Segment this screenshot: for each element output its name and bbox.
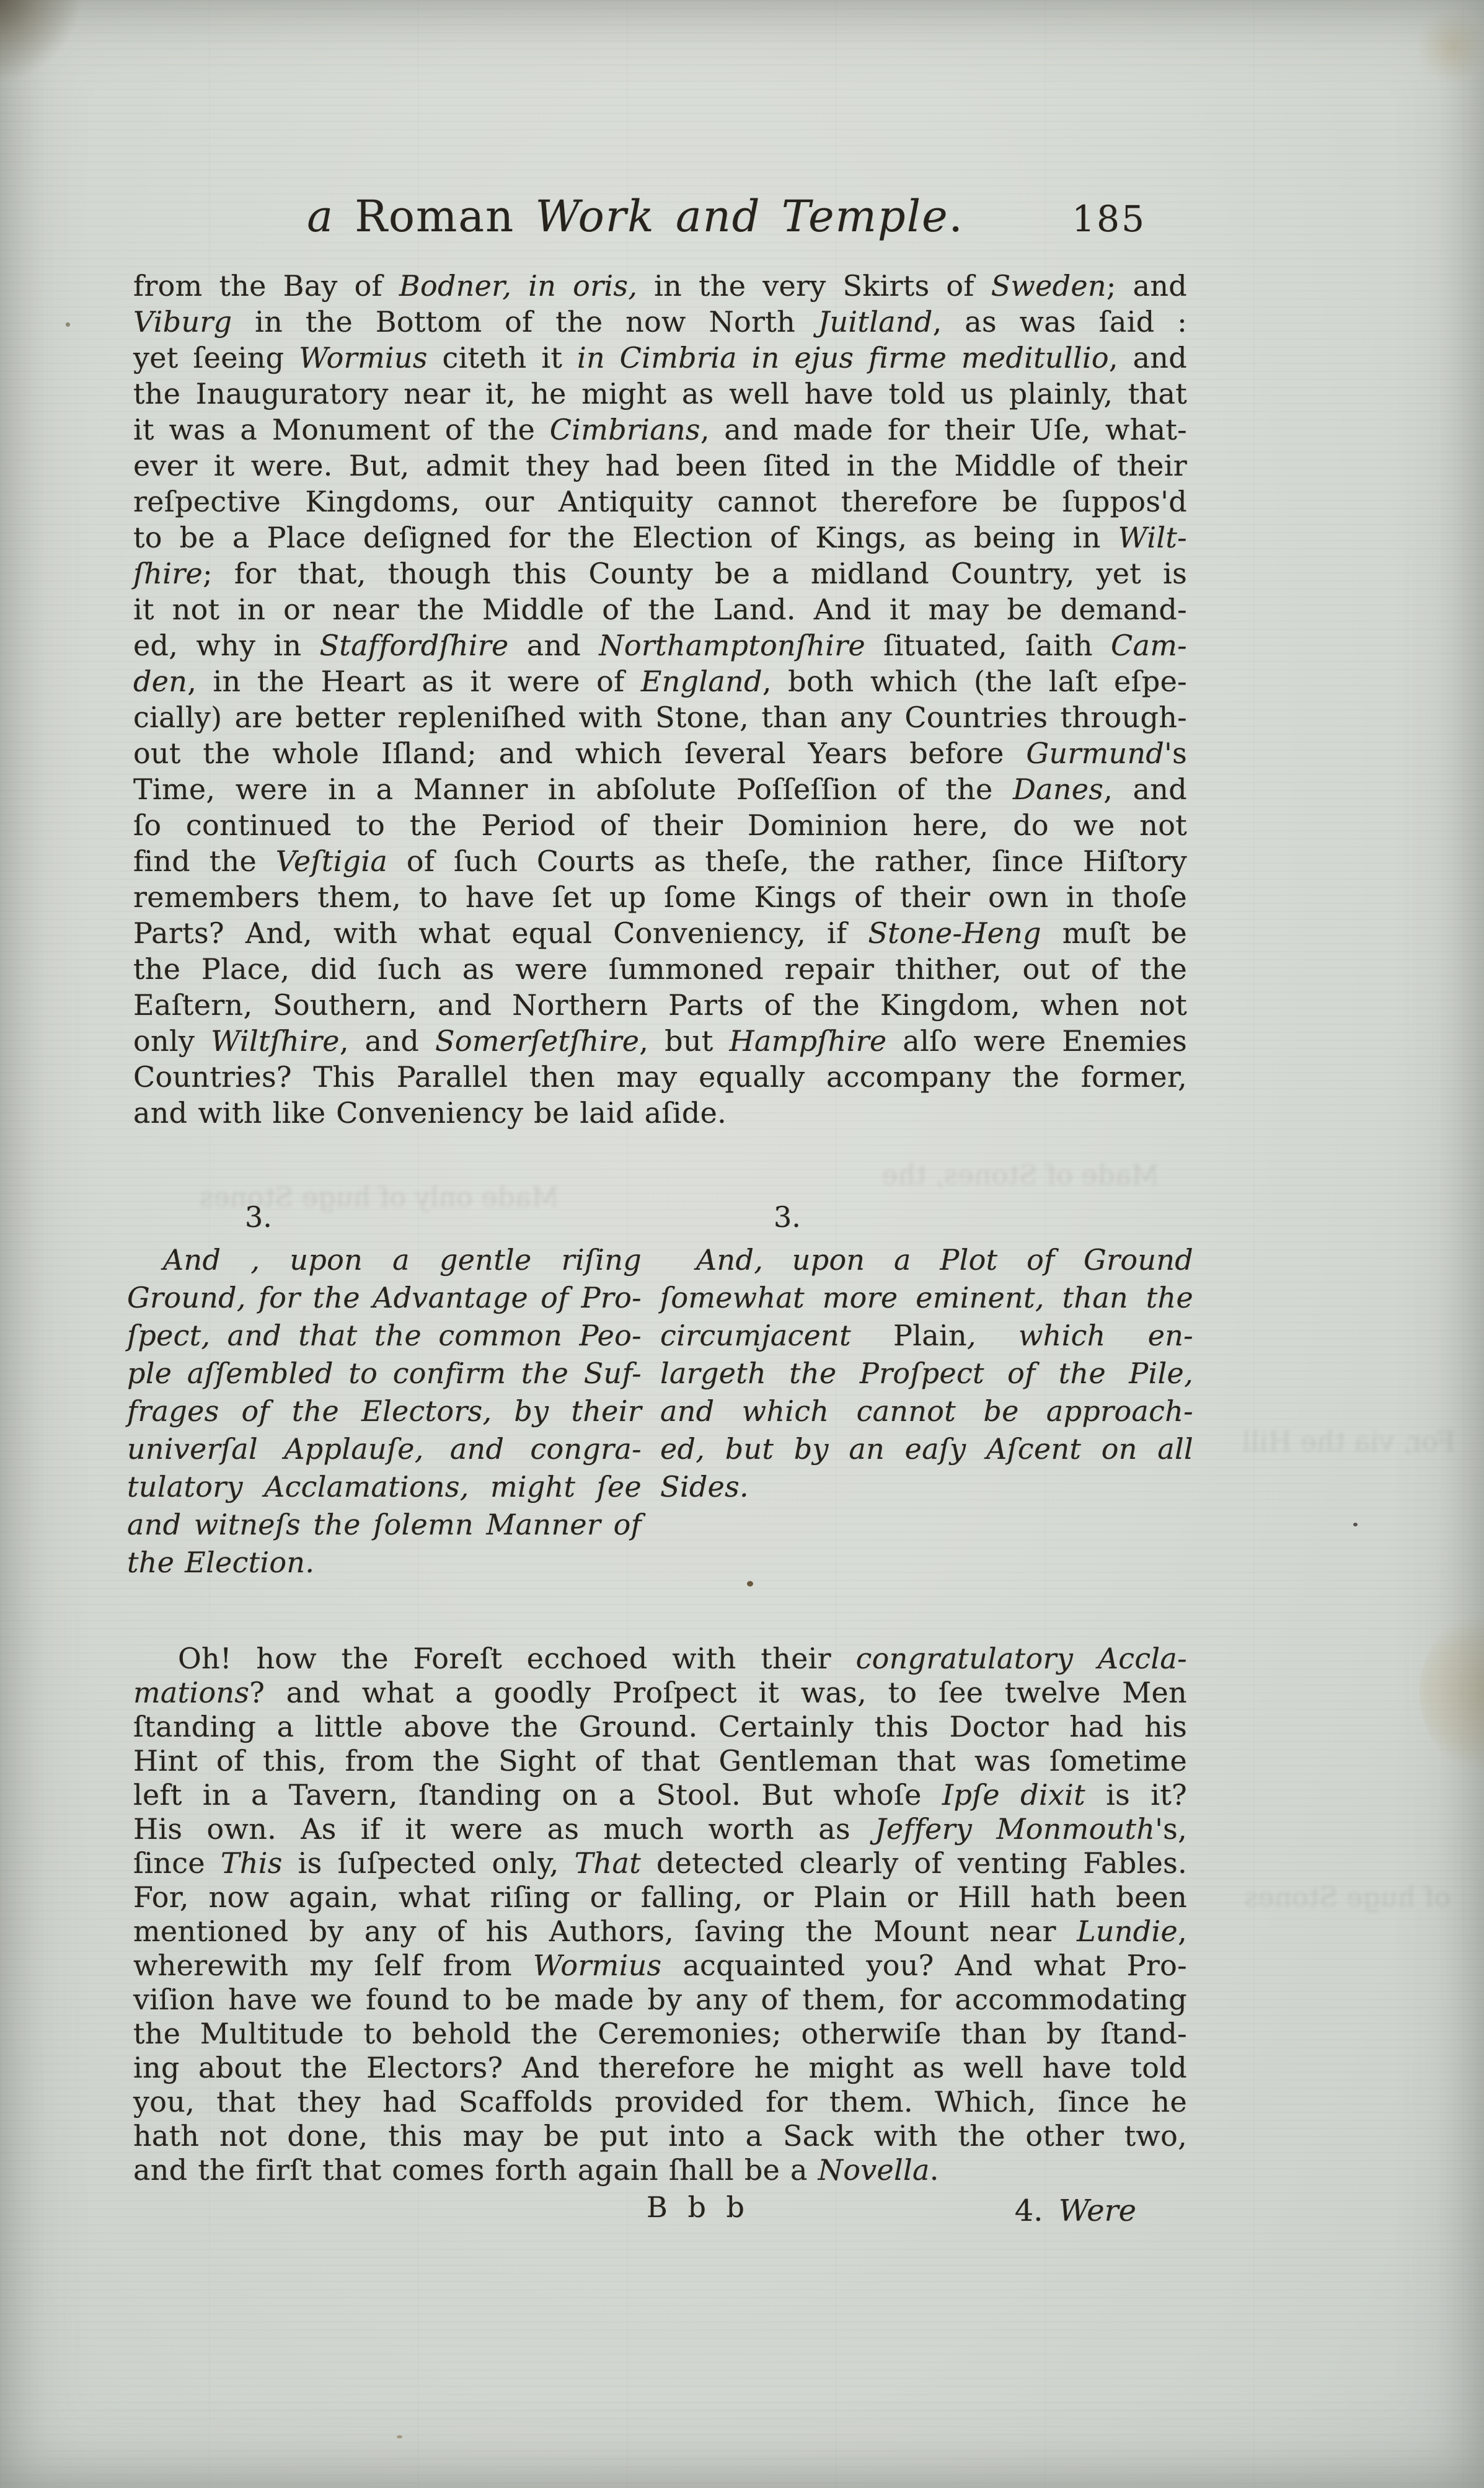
text-line: reſpective Kingdoms, our Antiquity canno… [133,484,1187,520]
text-segment: , [1178,1915,1187,1948]
paper-speck [747,1581,753,1587]
text-line: the Inauguratory near it, he might as we… [133,376,1187,412]
text-segment: Lundie [1077,1915,1178,1948]
text-segment: ſince [133,1846,221,1880]
text-line: Sides. [660,1468,1193,1506]
text-segment: you, that they had Scaffolds provided fo… [133,2085,1187,2118]
text-segment: Plain [851,1319,967,1352]
text-segment: Veſtigia [276,844,387,878]
text-line: yet ſeeing Wormius citeth it in Cimbria … [133,340,1187,376]
text-segment: , both which (the laſt eſpe- [762,665,1187,698]
text-segment: Eaſtern, Southern, and Northern Parts of… [133,988,1187,1022]
text-segment: ; for that, though this County be a midl… [203,557,1187,590]
text-line: ſhire; for that, though this County be a… [133,556,1187,591]
text-segment: and with like Conveniency be laid aſide. [133,1096,727,1130]
text-segment: , in the Heart as it were of [187,665,641,698]
section-number-left: 3. [245,1200,272,1234]
text-segment: mations [133,1676,249,1709]
text-segment: and witneſs the ſolemn Manner of [127,1508,642,1541]
text-segment: 's, [1155,1812,1187,1846]
text-line: it was a Monument of the Cimbrians, and … [133,412,1187,448]
text-segment: the Place, did ſuch as were ſummoned rep… [133,952,1187,986]
text-line: For, now again, what riſing or falling, … [133,1880,1187,1915]
running-title: a Roman Work and Temple. [108,188,1162,245]
section-column-right: And, upon a Plot of Groundſomewhat more … [660,1241,1193,1506]
text-segment: England [641,665,762,698]
text-line: mentioned by any of his Authors, ſaving … [133,1915,1187,1949]
text-segment: His own. As if it were as much worth as [133,1812,875,1846]
text-segment: 's [1164,737,1187,770]
text-segment: of ſuch Courts as theſe, the rather, ſin… [387,844,1187,878]
text-segment: in Cimbria in ejus firme meditullio [577,341,1109,374]
text-line: ſince This is ſuſpected only, That detec… [133,1846,1187,1880]
text-segment: largeth the Proſpect of the Pile, [660,1357,1193,1390]
paper-speck [397,2435,402,2438]
page-number: 185 [1072,198,1146,240]
show-through-text: Made of Stones, the [676,1159,1159,1191]
text-line: frages of the Electors, by their [127,1392,642,1430]
text-segment: ſomewhat more eminent, than the [660,1281,1193,1314]
text-line: His own. As if it were as much worth as … [133,1812,1187,1846]
page-corner-shadow [0,0,82,82]
text-segment: ſhire [133,557,203,590]
text-segment: reſpective Kingdoms, our Antiquity canno… [133,485,1187,518]
text-line: mations? and what a goodly Proſpect it w… [133,1676,1187,1710]
text-line: find the Veſtigia of ſuch Courts as theſ… [133,843,1187,879]
text-segment: Cimbrians [550,413,700,446]
text-line: it not in or near the Middle of the Land… [133,591,1187,627]
text-segment: Sweden [991,269,1106,303]
text-segment: Juitland [818,305,933,339]
text-segment: the Multitude to behold the Ceremonies; … [133,2017,1187,2050]
text-segment: Ipſe dixit [942,1778,1085,1812]
text-segment: muſt be [1041,916,1187,950]
text-segment: Cam- [1111,629,1187,662]
text-line: Parts? And, with what equal Conveniency,… [133,915,1187,951]
text-segment: 4. [1015,2194,1059,2228]
text-segment: ſo continued to the Period of their Domi… [133,808,1187,842]
text-segment: detected clearly of venting Fables. [641,1846,1187,1880]
text-segment: wherewith my ſelf from [133,1949,533,1982]
text-segment: , and [340,1024,435,1058]
text-segment: Were [1059,2194,1136,2228]
text-segment: acquainted you? And what Pro- [661,1949,1187,1982]
text-segment: Somerſetſhire [435,1024,639,1058]
text-segment: ple aſſembled to confirm the Suf- [127,1357,642,1390]
text-segment: tulatory Acclamations, might ſee [127,1470,642,1503]
text-segment: , but [639,1024,729,1058]
text-segment: Danes [1013,773,1103,806]
text-line: remembers them, to have ſet up ſome King… [133,879,1187,915]
text-segment: Bodner, in oris, [399,269,637,303]
text-line: the Multitude to behold the Ceremonies; … [133,2017,1187,2051]
text-line: Viburg in the Bottom of the now North Ju… [133,304,1187,340]
text-segment: hath not done, this may be put into a Sa… [133,2119,1187,2153]
text-segment: Viburg [133,305,232,339]
text-segment: Sides. [660,1470,749,1503]
text-line: Countries? This Parallel then may equall… [133,1059,1187,1095]
text-segment: , and [1103,773,1187,806]
paragraph-closing: Oh! how the Foreſt ecchoed with their co… [133,1642,1187,2187]
text-segment: ; and [1106,269,1187,303]
section-column-left: And , upon a gentle riſingGround, for th… [127,1241,642,1582]
text-segment: viſion have we found to be made by any o… [133,1983,1187,2016]
text-line: ever it were. But, admit they had been ſ… [133,448,1187,484]
text-segment: circumjacent [660,1319,851,1352]
text-line: circumjacent Plain, which en- [660,1317,1193,1355]
text-line: ed, why in Staffordſhire and Northampton… [133,627,1187,663]
show-through-text: For, via the Hill [1195,1426,1455,1458]
text-segment: Work and Temple [535,191,948,242]
text-segment: Gurmund [1026,737,1164,770]
text-segment: left in a Tavern, ſtanding on a Stool. B… [133,1778,942,1812]
text-segment: For, via the Hill [1242,1426,1455,1458]
text-segment: Hint of this, from the Sight of that Gen… [133,1744,1187,1777]
text-line: largeth the Proſpect of the Pile, [660,1355,1193,1392]
text-segment: only [133,1024,211,1058]
text-line: ſtanding a little above the Ground. Cert… [133,1710,1187,1744]
text-segment: and which cannot be approach- [660,1394,1193,1428]
text-segment: in the very Skirts of [637,269,991,303]
show-through-text: of huge Stones [1203,1882,1451,1913]
text-segment: it was a Monument of the [133,413,550,446]
text-segment: ever it were. But, admit they had been ſ… [133,449,1187,482]
text-line: ſomewhat more eminent, than the [660,1279,1193,1317]
text-segment: Wormius [533,1949,662,1982]
show-through-text: Made only of huge Stones [162,1182,559,1213]
text-segment: frages of the Electors, by their [127,1394,642,1428]
text-segment: Made of Stones, the [881,1159,1159,1191]
paper-speck [1353,1523,1358,1526]
text-line: and with like Conveniency be laid aſide. [133,1095,1187,1131]
text-segment: out the whole Iſland; and which ſeveral … [133,737,1026,770]
text-segment: This [221,1846,283,1880]
text-line: ed, but by an eaſy Aſcent on all [660,1430,1193,1468]
text-line: to be a Place deſigned for the Election … [133,520,1187,556]
text-segment: from the Bay of [133,269,399,303]
text-segment: Time, were in a Manner in abſolute Poſſe… [133,773,1013,806]
text-segment: Ground, for the Advantage of Pro- [127,1281,642,1314]
text-segment: a [307,191,334,242]
text-line: cially) are better repleniſhed with Ston… [133,699,1187,735]
running-head: a Roman Work and Temple. 185 [133,188,1187,250]
text-segment: Wiltſhire [211,1024,340,1058]
text-line: only Wiltſhire, and Somerſetſhire, but H… [133,1023,1187,1059]
text-segment: Countries? This Parallel then may equall… [133,1060,1187,1094]
text-segment: ſpect, and that the common Peo- [127,1319,642,1352]
text-segment: Hampſhire [730,1024,887,1058]
text-segment: cially) are better repleniſhed with Ston… [133,701,1187,734]
text-segment: ed, why in [133,629,319,662]
text-segment: ing about the Electors? And therefore he… [133,2051,1187,2084]
text-segment: ? and what a goodly Proſpect it was, to … [249,1676,1187,1709]
text-line: tulatory Acclamations, might ſee [127,1468,642,1506]
text-segment: , and [1109,341,1187,374]
text-segment: congratulatory Accla- [856,1642,1187,1675]
text-segment: , as was ſaid : [933,305,1187,339]
paper-stain [1413,12,1484,81]
text-segment: Oh! how the Foreſt ecchoed with their [178,1642,856,1675]
text-line: out the whole Iſland; and which ſeveral … [133,735,1187,771]
text-segment: alſo were Enemies [886,1024,1187,1058]
text-line: And, upon a Plot of Ground [660,1241,1193,1279]
text-line: viſion have we found to be made by any o… [133,1983,1187,2017]
text-line: Hint of this, from the Sight of that Gen… [133,1744,1187,1778]
text-segment: ſtanding a little above the Ground. Cert… [133,1710,1187,1743]
text-segment: . [949,191,964,242]
text-segment: For, now again, what riſing or falling, … [133,1880,1187,1914]
text-segment: find the [133,844,276,878]
text-segment: univerſal Applauſe, and congra- [127,1432,642,1466]
text-segment: ed, but by an eaſy Aſcent on all [660,1432,1193,1466]
text-segment: is ſuſpected only, [283,1846,575,1880]
text-line: from the Bay of Bodner, in oris, in the … [133,268,1187,304]
text-line: and witneſs the ſolemn Manner of [127,1506,642,1544]
text-line: Oh! how the Foreſt ecchoed with their co… [133,1642,1187,1676]
text-segment: citeth it [428,341,577,374]
text-segment: remembers them, to have ſet up ſome King… [133,880,1187,914]
text-line: ing about the Electors? And therefore he… [133,2051,1187,2085]
text-line: Ground, for the Advantage of Pro- [127,1279,642,1317]
text-line: hath not done, this may be put into a Sa… [133,2119,1187,2153]
text-segment: , and made for their Uſe, what- [700,413,1187,446]
text-line: the Election. [127,1544,642,1582]
paragraph-main: from the Bay of Bodner, in oris, in the … [133,268,1187,1131]
text-line: ſpect, and that the common Peo- [127,1317,642,1355]
catchword: 4. Were [133,2194,1136,2228]
text-segment: That [575,1846,641,1880]
text-segment: Stone-Heng [868,916,1041,950]
text-line: ple aſſembled to confirm the Suf- [127,1355,642,1392]
text-segment: Roman [334,191,536,242]
text-segment: yet ſeeing [133,341,299,374]
text-segment: , which en- [967,1319,1193,1352]
text-segment: in the Bottom of the now North [232,305,818,339]
text-line: univerſal Applauſe, and congra- [127,1430,642,1468]
text-segment: den [133,665,187,698]
text-segment: the Inauguratory near it, he might as we… [133,377,1187,410]
text-line: you, that they had Scaffolds provided fo… [133,2085,1187,2119]
text-segment: and the firſt that comes forth again ſha… [133,2153,818,2187]
text-line: Eaſtern, Southern, and Northern Parts of… [133,987,1187,1023]
text-segment: of huge Stones [1244,1882,1451,1913]
text-segment: And , upon a gentle riſing [163,1243,642,1277]
text-segment: And, upon a Plot of Ground [696,1243,1193,1277]
text-segment: Novella [818,2153,930,2187]
text-segment: mentioned by any of his Authors, ſaving … [133,1915,1077,1948]
text-segment: Jeffery Monmouth [875,1812,1155,1846]
text-segment: ſituated, ſaith [865,629,1111,662]
text-segment: to be a Place deſigned for the Election … [133,521,1118,554]
text-line: And , upon a gentle riſing [127,1241,642,1279]
text-segment: it not in or near the Middle of the Land… [133,593,1187,626]
text-line: and which cannot be approach- [660,1392,1193,1430]
text-segment: the Election. [127,1546,314,1579]
text-segment: . [930,2153,939,2187]
section-number-right: 3. [774,1200,801,1234]
text-line: Time, were in a Manner in abſolute Poſſe… [133,771,1187,807]
text-line: and the firſt that comes forth again ſha… [133,2153,1187,2187]
book-page-scan: Made of Stones, the Made only of huge St… [0,0,1484,2488]
text-segment: Wilt- [1118,521,1187,554]
text-line: the Place, did ſuch as were ſummoned rep… [133,951,1187,987]
paper-speck [66,322,70,327]
text-line: wherewith my ſelf from Wormius acquainte… [133,1949,1187,1983]
paper-stain [1420,1612,1484,1773]
text-segment: Parts? And, with what equal Conveniency,… [133,916,868,950]
text-line: den, in the Heart as it were of England,… [133,663,1187,699]
text-segment: Northamptonſhire [599,629,865,662]
text-segment: and [509,629,599,662]
text-segment: Staffordſhire [319,629,508,662]
text-segment: Wormius [299,341,428,374]
text-segment: is it? [1085,1778,1187,1812]
text-line: ſo continued to the Period of their Domi… [133,807,1187,843]
text-line: left in a Tavern, ſtanding on a Stool. B… [133,1778,1187,1812]
